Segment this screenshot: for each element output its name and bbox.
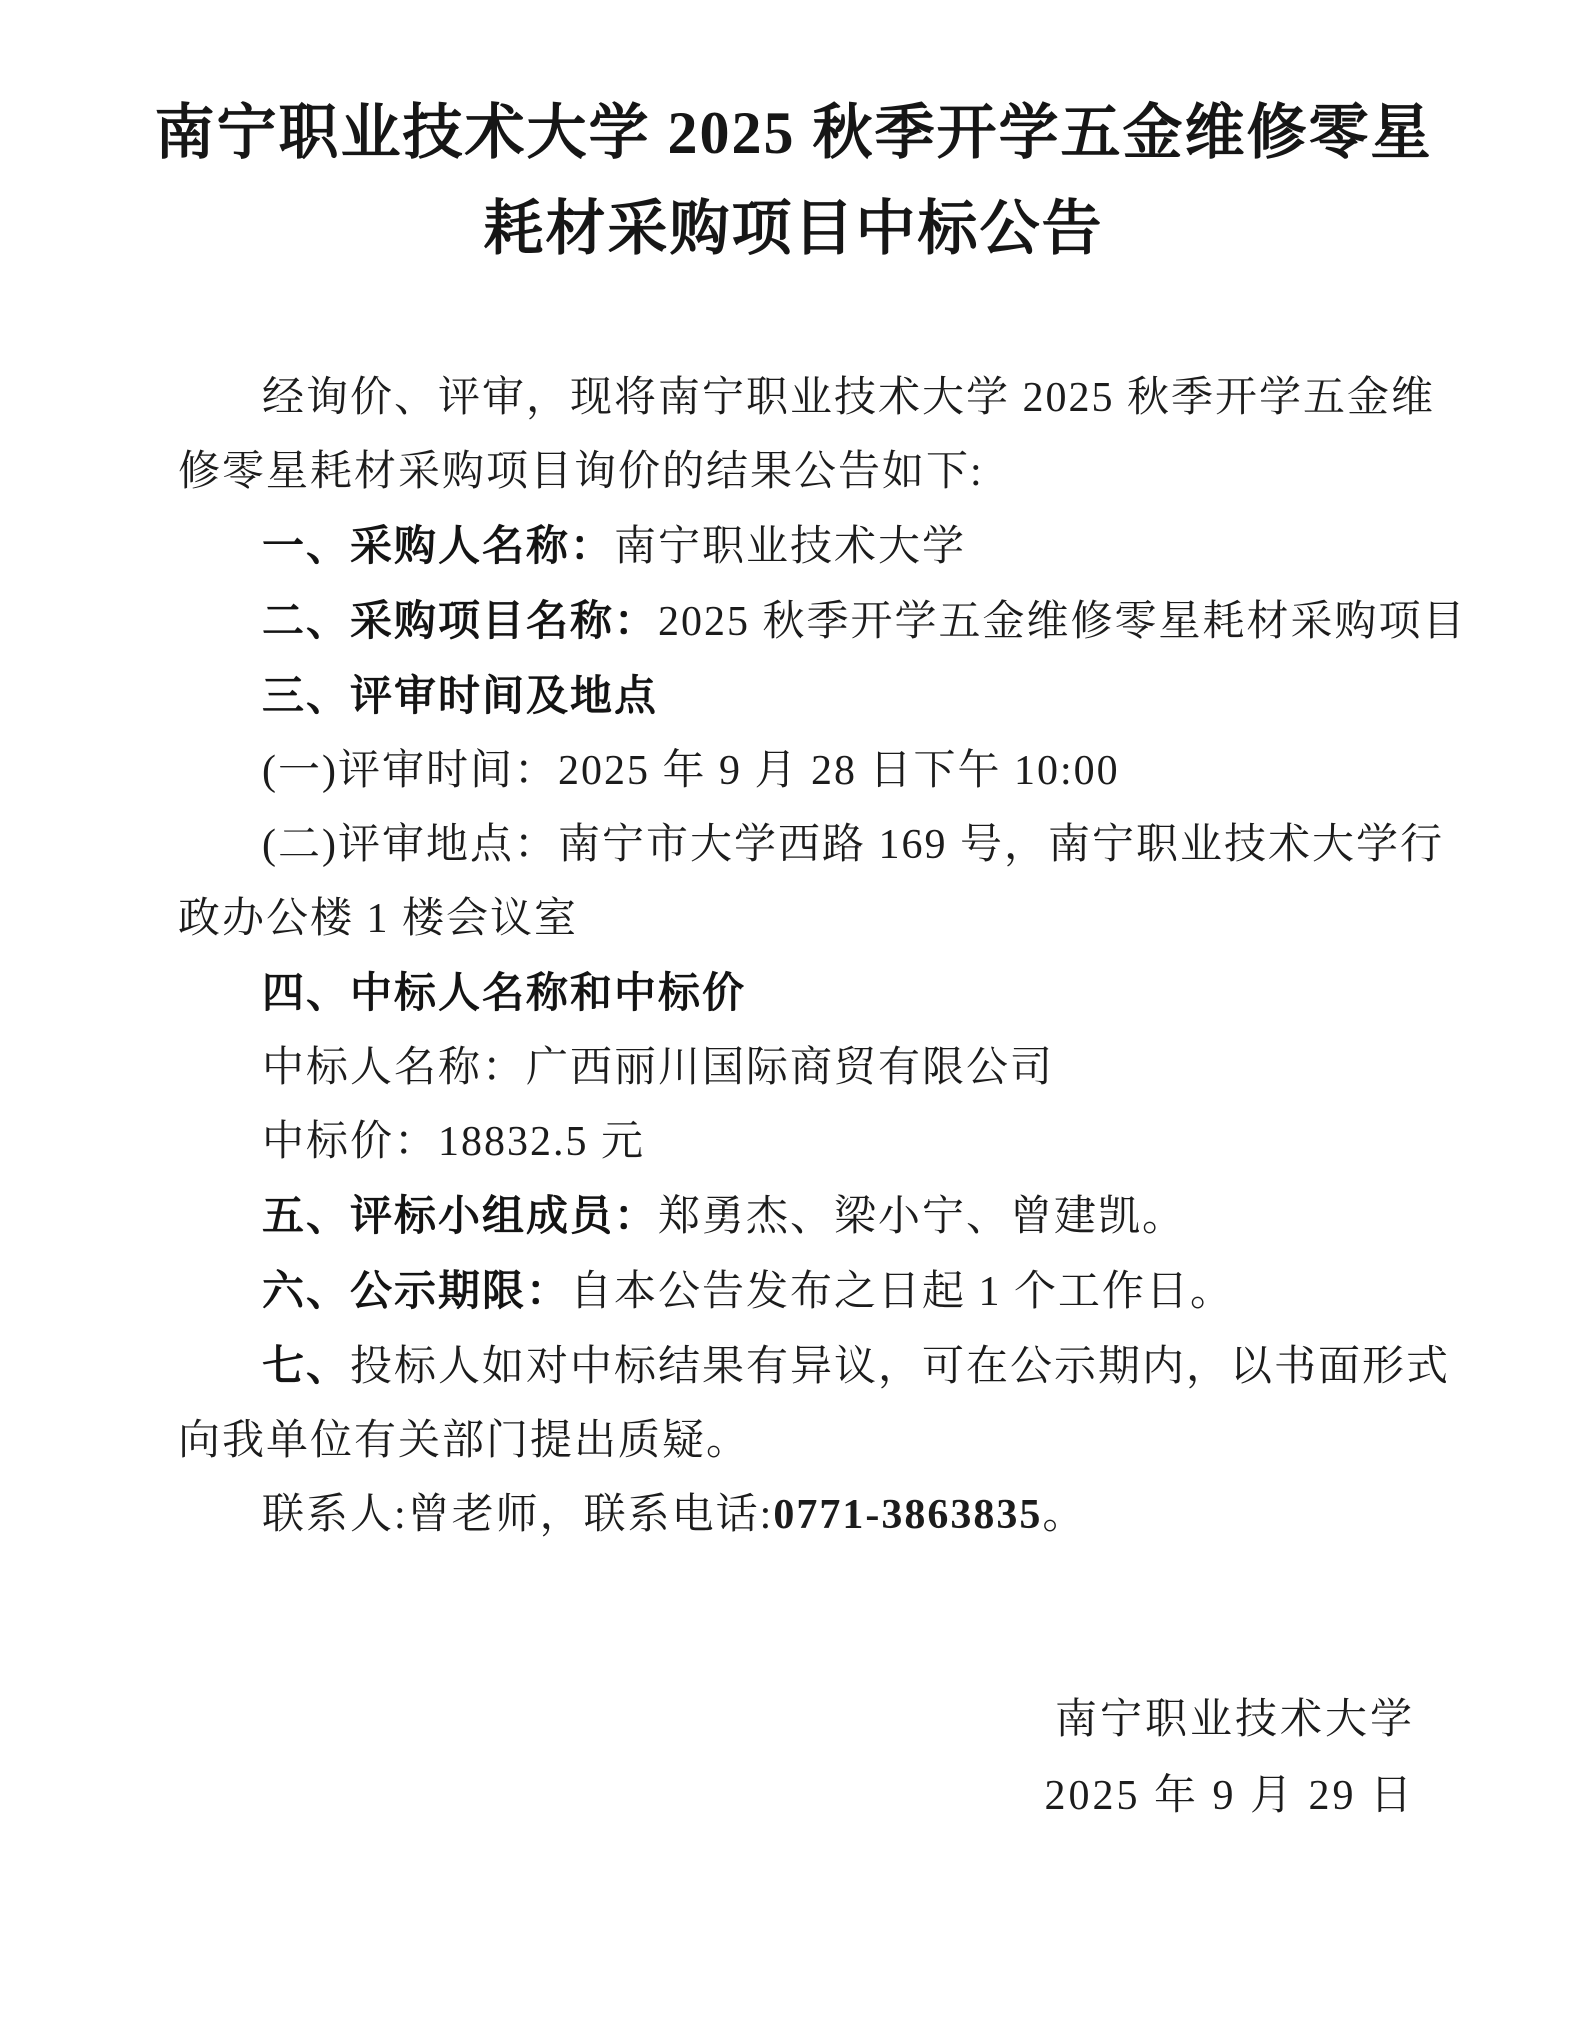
section-5-heading: 五、评标小组成员： — [262, 1192, 658, 1239]
project-name: 2025 秋季开学五金维修零星耗材采购项目 — [658, 599, 1467, 645]
title-line-2: 耗材采购项目中标公告 — [0, 181, 1587, 277]
purchaser-name: 南宁职业技术大学 — [614, 524, 966, 570]
section-5-evaluation-team: 五、评标小组成员：郑勇杰、梁小宁、曾建凯。 — [178, 1179, 1470, 1254]
section-6-heading: 六、公示期限： — [262, 1267, 570, 1314]
signature-date: 2025 年 9 月 29 日 — [0, 1758, 1415, 1834]
signature-block: 南宁职业技术大学 2025 年 9 月 29 日 — [0, 1682, 1587, 1834]
section-2-project-name: 二、采购项目名称：2025 秋季开学五金维修零星耗材采购项目 — [178, 584, 1470, 659]
section-7-objection: 七、投标人如对中标结果有异议，可在公示期内，以书面形式向我单位有关部门提出质疑。 — [178, 1329, 1470, 1478]
intro-paragraph: 经询价、评审，现将南宁职业技术大学 2025 秋季开学五金维修零星耗材采购项目询… — [178, 361, 1470, 509]
section-4-winner: 四、中标人名称和中标价 — [178, 956, 1470, 1031]
contact-prefix: 联系人:曾老师，联系电话: — [262, 1492, 773, 1538]
title-line-1: 南宁职业技术大学 2025 秋季开学五金维修零星 — [0, 85, 1587, 181]
objection-text: 投标人如对中标结果有异议，可在公示期内，以书面形式向我单位有关部门提出质疑。 — [178, 1344, 1450, 1464]
document-body: 经询价、评审，现将南宁职业技术大学 2025 秋季开学五金维修零星耗材采购项目询… — [178, 361, 1470, 1552]
evaluation-team-members: 郑勇杰、梁小宁、曾建凯。 — [658, 1194, 1186, 1240]
signature-org: 南宁职业技术大学 — [0, 1682, 1415, 1758]
section-6-publicity-period: 六、公示期限：自本公告发布之日起 1 个工作日。 — [178, 1254, 1470, 1329]
document-page: 南宁职业技术大学 2025 秋季开学五金维修零星 耗材采购项目中标公告 经询价、… — [0, 0, 1587, 2023]
section-1-heading: 一、采购人名称： — [262, 522, 614, 569]
winning-price-line: 中标价：18832.5 元 — [178, 1105, 1470, 1179]
winner-name-line: 中标人名称：广西丽川国际商贸有限公司 — [178, 1031, 1470, 1105]
section-3-review-time-place: 三、评审时间及地点 — [178, 659, 1470, 734]
winning-price-text: 中标价：18832.5 元 — [262, 1119, 645, 1165]
contact-suffix: 。 — [1042, 1492, 1086, 1538]
section-4-heading: 四、中标人名称和中标价 — [262, 969, 746, 1016]
section-1-purchaser: 一、采购人名称：南宁职业技术大学 — [178, 509, 1470, 584]
contact-phone: 0771-3863835 — [773, 1492, 1042, 1538]
publicity-period-text: 自本公告发布之日起 1 个工作日。 — [570, 1269, 1234, 1315]
review-place-line: (二)评审地点：南宁市大学西路 169 号，南宁职业技术大学行政办公楼 1 楼会… — [178, 808, 1470, 956]
review-time-line: (一)评审时间：2025 年 9 月 28 日下午 10:00 — [178, 734, 1470, 808]
section-7-heading: 七、 — [262, 1342, 350, 1389]
winner-name-text: 中标人名称：广西丽川国际商贸有限公司 — [262, 1045, 1054, 1091]
contact-line: 联系人:曾老师，联系电话:0771-3863835。 — [178, 1478, 1470, 1552]
section-3-heading: 三、评审时间及地点 — [262, 672, 658, 719]
section-2-heading: 二、采购项目名称： — [262, 597, 658, 644]
intro-text: 经询价、评审，现将南宁职业技术大学 2025 秋季开学五金维修零星耗材采购项目询… — [178, 375, 1435, 495]
document-title: 南宁职业技术大学 2025 秋季开学五金维修零星 耗材采购项目中标公告 — [0, 85, 1587, 277]
review-place-text: (二)评审地点：南宁市大学西路 169 号，南宁职业技术大学行政办公楼 1 楼会… — [178, 822, 1444, 942]
review-time-text: (一)评审时间：2025 年 9 月 28 日下午 10:00 — [262, 748, 1120, 794]
